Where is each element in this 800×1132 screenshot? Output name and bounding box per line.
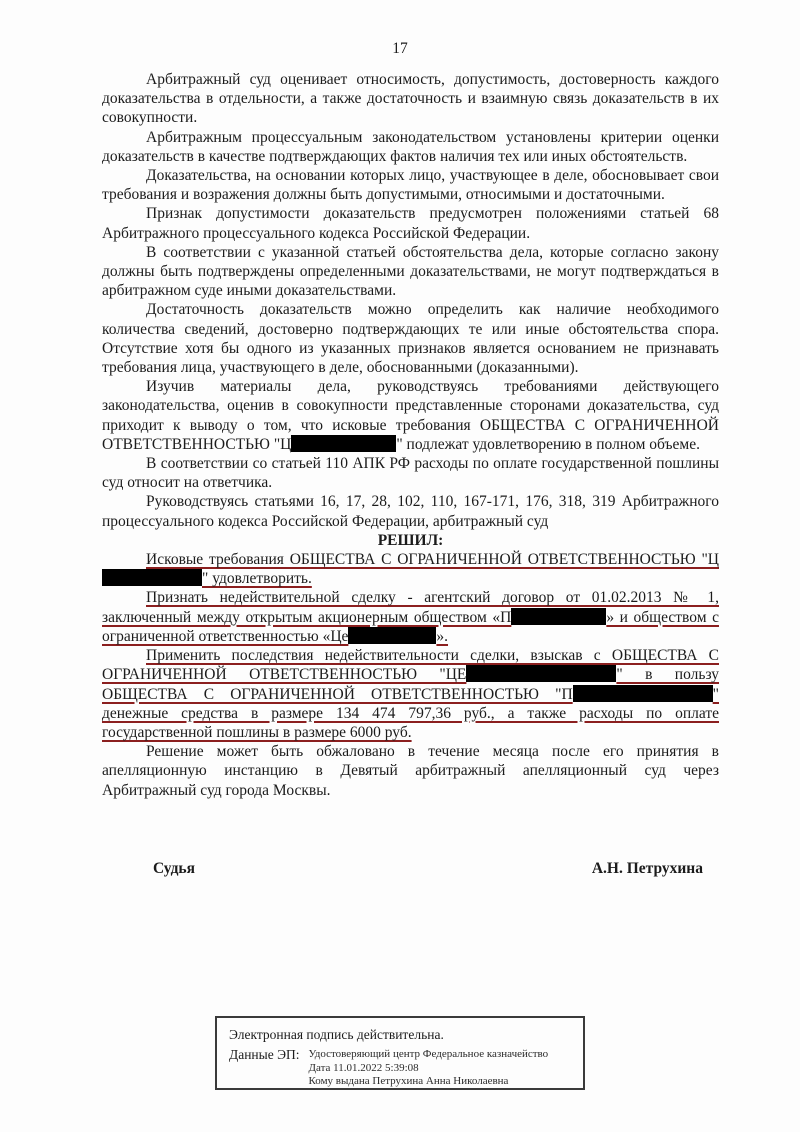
redaction-box	[511, 608, 606, 625]
document-page: 17 Арбитражный суд оценивает относимость…	[0, 0, 800, 1132]
esignature-date: Дата 11.01.2022 5:39:08	[309, 1062, 549, 1076]
paragraph: Признак допустимости доказательств преду…	[102, 204, 719, 242]
redaction-box	[573, 685, 713, 702]
judge-name: А.Н. Петрухина	[592, 860, 703, 878]
electronic-signature-stamp: Электронная подпись действительна. Данны…	[215, 1016, 585, 1090]
paragraph: В соответствии со статьей 110 АПК РФ рас…	[102, 454, 719, 492]
esignature-data-row: Данные ЭП: Удостоверяющий центр Федераль…	[229, 1048, 573, 1089]
redaction-box	[291, 435, 396, 452]
paragraph: Достаточность доказательств можно опреде…	[102, 300, 719, 377]
paragraph: Руководствуясь статьями 16, 17, 28, 102,…	[102, 492, 719, 530]
redaction-box	[102, 569, 202, 586]
document-body: Арбитражный суд оценивает относимость, д…	[102, 70, 719, 800]
esignature-valid-text: Электронная подпись действительна.	[229, 1027, 573, 1043]
paragraph: Решение может быть обжаловано в течение …	[102, 742, 719, 800]
paragraph: Признать недействительной сделку - агент…	[102, 588, 719, 646]
signature-row: Судья А.Н. Петрухина	[102, 860, 703, 878]
paragraph: Изучив материалы дела, руководствуясь тр…	[102, 377, 719, 454]
paragraph: Применить последствия недействительности…	[102, 646, 719, 742]
esignature-issued-to: Кому выдана Петрухина Анна Николаевна	[309, 1075, 549, 1089]
redaction-box	[348, 627, 436, 644]
esignature-certifying-center: Удостоверяющий центр Федеральное казначе…	[309, 1048, 549, 1062]
paragraph: Арбитражный суд оценивает относимость, д…	[102, 70, 719, 128]
redaction-box	[466, 665, 616, 682]
paragraph: Исковые требования ОБЩЕСТВА С ОГРАНИЧЕНН…	[102, 550, 719, 588]
paragraph: Арбитражным процессуальным законодательс…	[102, 128, 719, 166]
judge-role-label: Судья	[102, 860, 195, 878]
esignature-details: Удостоверяющий центр Федеральное казначе…	[309, 1048, 549, 1089]
page-number: 17	[0, 40, 800, 58]
paragraph: В соответствии с указанной статьей обсто…	[102, 243, 719, 301]
resolution-heading: РЕШИЛ:	[102, 531, 719, 550]
esignature-data-label: Данные ЭП:	[229, 1048, 300, 1062]
paragraph: Доказательства, на основании которых лиц…	[102, 166, 719, 204]
